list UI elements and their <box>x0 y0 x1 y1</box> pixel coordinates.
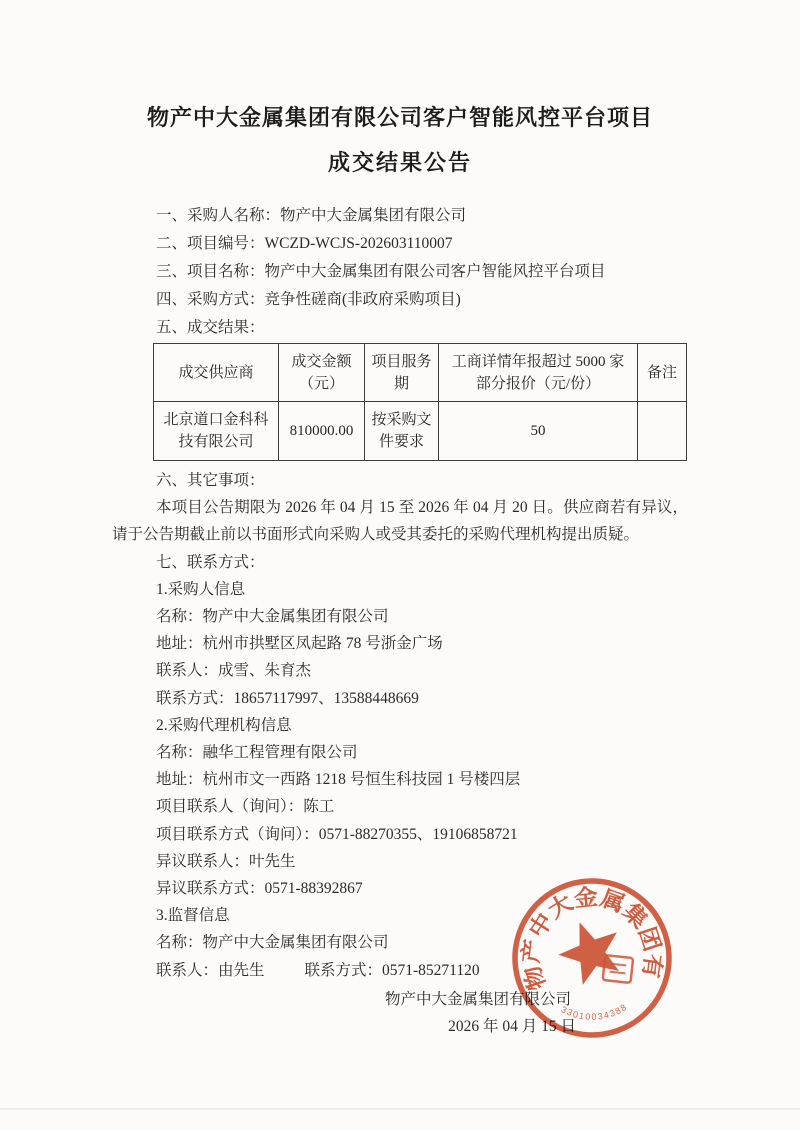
cell-extra-quote: 50 <box>439 402 638 461</box>
col-header-remark: 备注 <box>638 344 687 402</box>
agency-project-contact-phone: 项目联系方式（询问）：0571-88270355、19106858721 <box>112 821 688 848</box>
title-line-2: 成交结果公告 <box>112 148 688 178</box>
award-result-table: 成交供应商 成交金额（元） 项目服务期 工商详情年报超过 5000 家部分报价（… <box>153 343 687 461</box>
purchaser-info-heading: 1.采购人信息 <box>112 576 688 603</box>
seal-company-text: 物产中大金属集团有限公司 <box>485 851 670 1004</box>
contact-heading: 七、联系方式： <box>112 549 688 576</box>
agency-name: 名称：融华工程管理有限公司 <box>112 739 688 766</box>
item-purchaser-name: 一、采购人名称：物产中大金属集团有限公司 <box>112 202 688 230</box>
supervision-contact-phone: 联系方式：0571-85271120 <box>305 962 480 979</box>
cell-amount: 810000.00 <box>279 402 365 461</box>
scan-page-edge <box>0 1108 800 1110</box>
document-content: 物产中大金属集团有限公司客户智能风控平台项目 成交结果公告 一、采购人名称：物产… <box>0 0 800 1040</box>
title-line-1: 物产中大金属集团有限公司客户智能风控平台项目 <box>112 102 688 134</box>
cell-remark <box>638 402 687 461</box>
seal-star-icon <box>550 911 630 989</box>
table-row: 北京道口金科科技有限公司 810000.00 按采购文件要求 50 <box>154 402 687 461</box>
purchaser-contact-phone: 联系方式：18657117997、13588448669 <box>112 685 688 712</box>
table-header-row: 成交供应商 成交金额（元） 项目服务期 工商详情年报超过 5000 家部分报价（… <box>154 344 687 402</box>
item-procurement-method: 四、采购方式：竞争性磋商(非政府采购项目) <box>112 286 688 314</box>
announcement-items: 一、采购人名称：物产中大金属集团有限公司 二、项目编号：WCZD-WCJS-20… <box>112 202 688 342</box>
purchaser-name: 名称：物产中大金属集团有限公司 <box>112 603 688 630</box>
col-header-supplier: 成交供应商 <box>154 344 279 402</box>
supervision-contact-person: 联系人：由先生 <box>156 962 265 979</box>
document-page: 物产中大金属集团有限公司客户智能风控平台项目 成交结果公告 一、采购人名称：物产… <box>0 0 800 1130</box>
col-header-amount: 成交金额（元） <box>279 344 365 402</box>
purchaser-contact-person: 联系人：成雪、朱育杰 <box>112 657 688 684</box>
item-project-name: 三、项目名称：物产中大金属集团有限公司客户智能风控平台项目 <box>112 258 688 286</box>
agency-project-contact-person: 项目联系人（询问）：陈工 <box>112 793 688 820</box>
agency-info-heading: 2.采购代理机构信息 <box>112 712 688 739</box>
company-seal: 物产中大金属集团有限公司 33010034388 <box>485 851 700 1066</box>
col-header-extra-quote: 工商详情年报超过 5000 家部分报价（元/份） <box>439 344 638 402</box>
announcement-period-paragraph: 本项目公告期限为 2026 年 04 月 15 至 2026 年 04 月 20… <box>112 494 688 548</box>
item-award-result: 五、成交结果： <box>112 314 688 342</box>
seal-serial-number: 33010034388 <box>558 995 630 1026</box>
cell-service-period: 按采购文件要求 <box>365 402 439 461</box>
col-header-service-period: 项目服务期 <box>365 344 439 402</box>
cell-supplier: 北京道口金科科技有限公司 <box>154 402 279 461</box>
agency-address: 地址：杭州市文一西路 1218 号恒生科技园 1 号楼四层 <box>112 766 688 793</box>
purchaser-address: 地址：杭州市拱墅区凤起路 78 号浙金广场 <box>112 630 688 657</box>
item-project-number: 二、项目编号：WCZD-WCJS-202603110007 <box>112 230 688 258</box>
other-matters-heading: 六、其它事项： <box>112 467 688 494</box>
document-title: 物产中大金属集团有限公司客户智能风控平台项目 成交结果公告 <box>112 102 688 178</box>
